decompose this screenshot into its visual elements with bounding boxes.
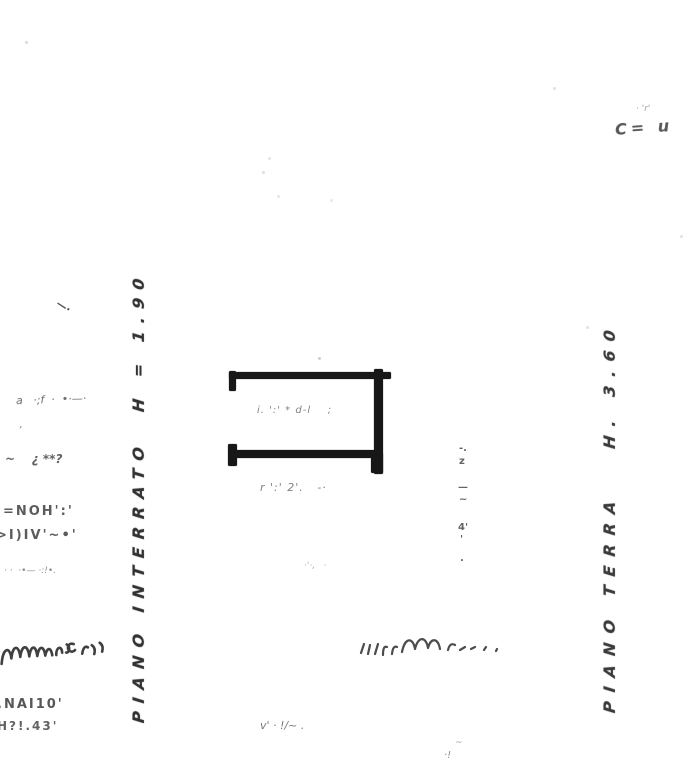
- stamp-fragment-3: · · ·•— ·:!•.: [4, 566, 56, 576]
- room-inner-note: i. ':' * d-l ;: [257, 405, 332, 416]
- left-diagonal-tick: —·: [54, 297, 74, 316]
- handwritten-squiggle-center: [356, 628, 506, 662]
- ink-speck: [268, 157, 271, 160]
- stamp-fragment-5: H?!.43': [0, 719, 58, 733]
- ink-speck: [318, 357, 321, 360]
- ink-speck: [680, 235, 683, 238]
- handwritten-mark-top-small: · 'r': [636, 104, 650, 114]
- mid-faint-specks: ·'·, ·: [304, 561, 327, 571]
- ink-speck: [330, 199, 333, 202]
- bottom-right-mark-a: ~: [455, 738, 463, 748]
- bottom-right-mark-b: ·!: [444, 750, 451, 761]
- wall-top-left-tick: [229, 371, 236, 391]
- wall-bottom-left-cap: [228, 444, 237, 466]
- scanned-plan-page: PIANO INTERRATO H = 1.90 PIANO TERRA H. …: [0, 0, 690, 768]
- margin-mark: ': [460, 534, 463, 545]
- margin-mark: 4': [458, 522, 468, 533]
- wall-bottom: [233, 450, 378, 458]
- room-below-note: r ':' 2'. -·: [260, 481, 327, 494]
- stamp-fragment-1: ·=NOH':': [0, 504, 74, 519]
- edge-fragment-dot: ’: [18, 424, 22, 437]
- ink-speck: [586, 326, 589, 329]
- ink-speck: [553, 87, 556, 90]
- margin-mark: ~: [459, 494, 467, 505]
- right-floor-label: PIANO TERRA H. 3.60: [600, 288, 619, 714]
- edge-fragment-a: a ·;f · •·—·: [16, 392, 87, 407]
- margin-mark: -.: [459, 443, 467, 454]
- handwritten-squiggle-bottom-left: [0, 627, 117, 673]
- edge-fragment-b: ~ ¿ **?: [5, 452, 62, 466]
- bottom-center-note: v' · !/~ .: [260, 719, 304, 732]
- handwritten-mark-top-right: C= u: [614, 116, 673, 139]
- margin-mark: —: [458, 482, 468, 493]
- margin-mark: z: [459, 456, 465, 467]
- ink-speck: [262, 171, 265, 174]
- margin-mark: .: [460, 553, 464, 564]
- stamp-fragment-2: >I)IV'~•': [0, 528, 78, 543]
- stamp-fragment-4: ,NAI10': [0, 697, 64, 712]
- wall-top: [229, 372, 391, 379]
- ink-speck: [25, 41, 28, 44]
- ink-speck: [277, 195, 280, 198]
- left-floor-label: PIANO INTERRATO H = 1.90: [129, 282, 148, 724]
